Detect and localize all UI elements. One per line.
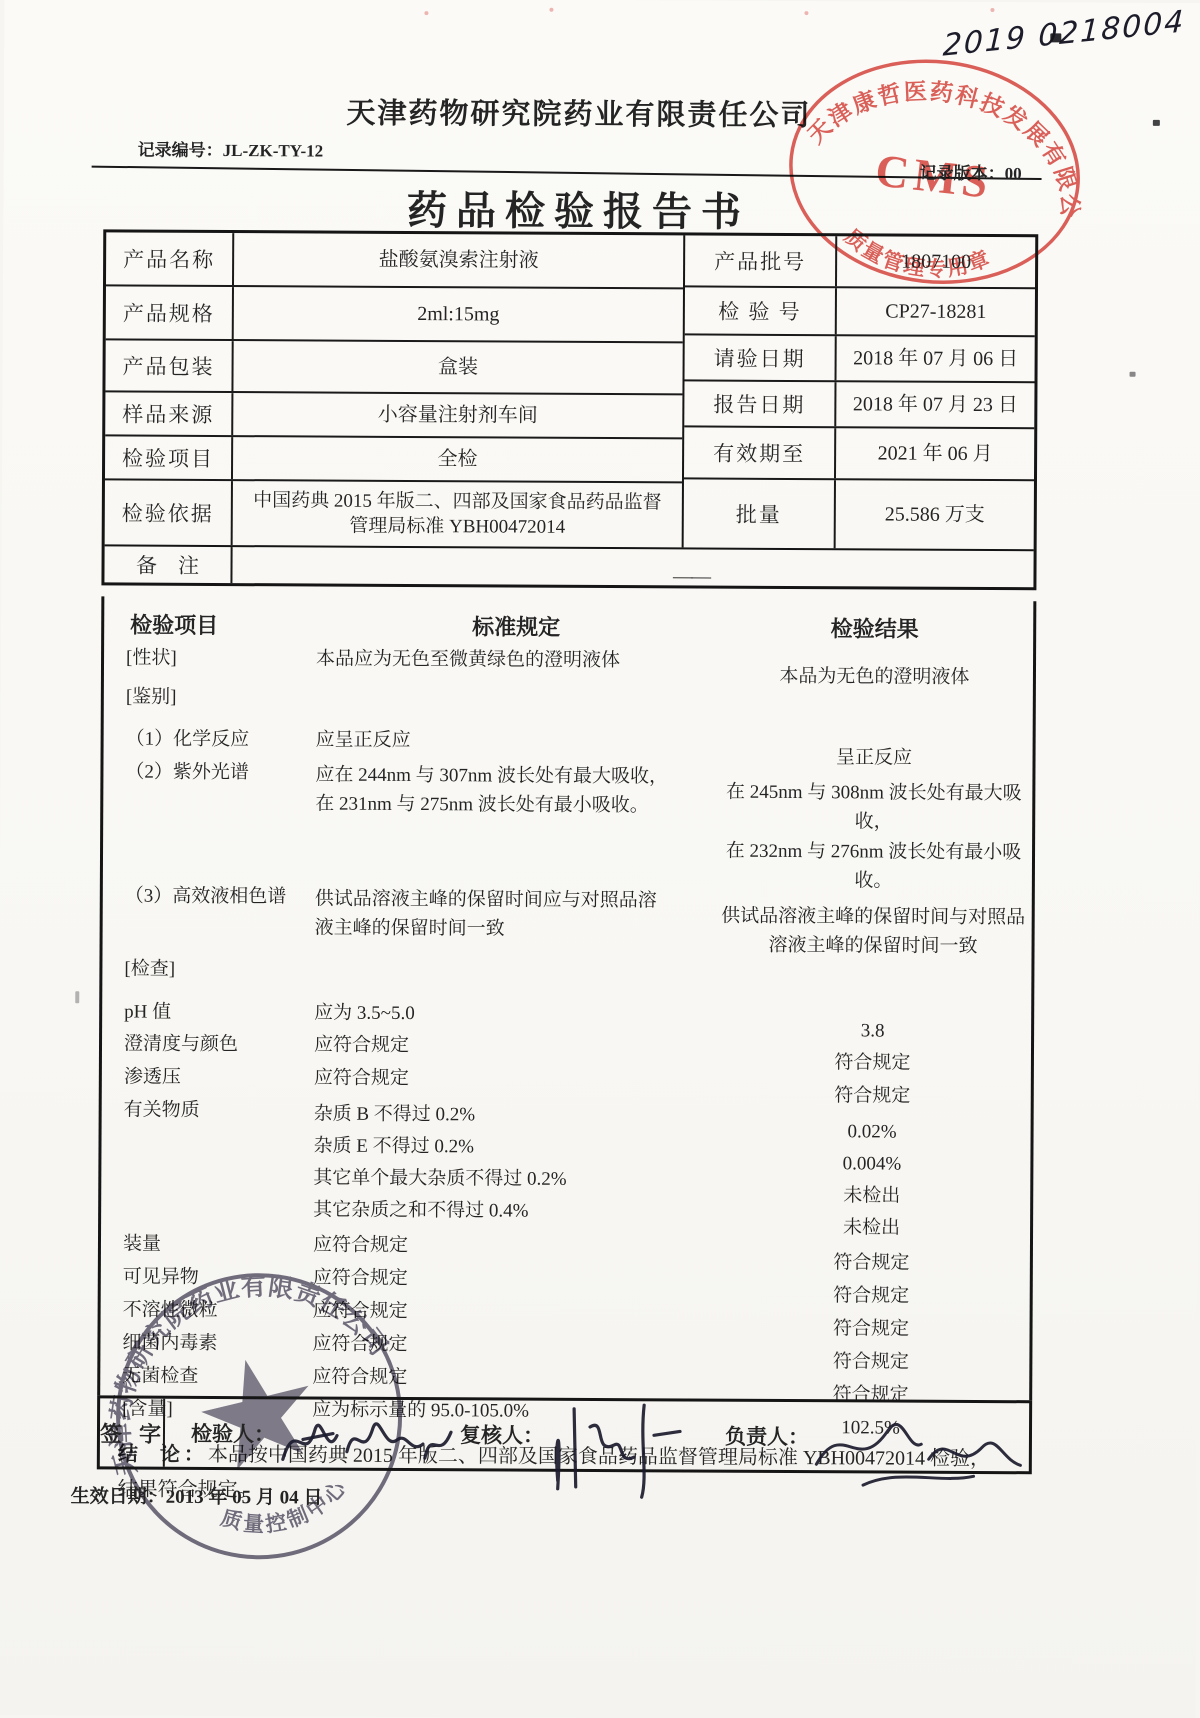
info-row-label: 检验依据	[105, 480, 233, 545]
result-row-result: 符合规定	[712, 1349, 1029, 1378]
result-row-standard: 应符合规定	[314, 1033, 714, 1062]
info-row-value: 中国药典 2015 年版二、四部及国家食品药品监督管理局标准 YBH004720…	[233, 481, 682, 547]
result-row-result: 0.02%0.004%未检出未检出	[713, 1116, 1031, 1245]
result-row-standard: 应符合规定	[312, 1331, 712, 1360]
scan-artifact	[1153, 120, 1160, 126]
record-version: 记录版本：00	[920, 159, 1022, 185]
result-row-result: 供试品溶液主峰的保留时间与对照品溶液主峰的保留时间一致	[714, 901, 1031, 962]
info-table-row: 产品批号 1807100	[685, 235, 1035, 289]
scan-artifact	[990, 8, 994, 12]
info-right-rows: 产品批号 1807100 检 验 号 CP27-18281 请验日期 2018 …	[682, 235, 1036, 549]
info-row-value: 盐酸氨溴索注射液	[234, 233, 683, 287]
info-table-row: 产品名称 盐酸氨溴索注射液	[106, 232, 683, 289]
info-row-value: CP27-18281	[837, 288, 1035, 335]
result-row-standard: 应呈正反应	[316, 727, 716, 756]
remark-dash: ——	[673, 566, 709, 589]
inspector-signature-area: 检验人：	[165, 1399, 460, 1469]
info-table-row: 产品规格 2ml:15mg	[106, 286, 683, 343]
info-row-value: 1807100	[837, 236, 1035, 287]
info-row-label: 产品名称	[106, 232, 234, 285]
result-row-standard: 应符合规定	[312, 1364, 712, 1393]
scan-artifact	[804, 11, 808, 15]
header-standard-column: 标准规定	[316, 610, 716, 643]
result-row-result	[714, 974, 1031, 1003]
inspector-label: 检验人：	[191, 1418, 275, 1448]
responsible-signature-area: 负责人：	[711, 1402, 1029, 1472]
result-row-standard	[316, 685, 716, 714]
info-row-label: 产品包装	[105, 340, 233, 391]
result-row-item: 有关物质	[101, 1098, 314, 1227]
test-results-section: 检验项目 标准规定 检验结果 [性状] 本品应为无色至微黄绿色的澄明液体 本品为…	[97, 596, 1036, 1400]
result-row-standard: 应在 244nm 与 307nm 波长处有最大吸收，在 231nm 与 275n…	[315, 760, 716, 880]
info-row-value: 2ml:15mg	[234, 287, 683, 341]
scanned-report-sheet: 2019 0218004 天津药物研究院药业有限责任公司 记录编号：JL-ZK-…	[0, 0, 1200, 1718]
info-table-row: 检验项目 全检	[105, 436, 682, 483]
effective-date-value: 2013 年 05 月 04 日	[166, 1487, 323, 1509]
info-row-value: 2018 年 07 月 23 日	[836, 382, 1034, 427]
effective-date: 生效日期：2013 年 05 月 04 日	[71, 1481, 323, 1509]
result-row-standard: 应符合规定	[313, 1233, 713, 1262]
info-table-row: 批量 25.586 万支	[684, 479, 1034, 549]
result-row-result: 本品为无色的澄明液体	[716, 664, 1033, 693]
record-number-value: JL-ZK-TY-12	[223, 141, 324, 161]
result-row-item: （2）紫外光谱	[103, 759, 316, 878]
result-row-standard: 应符合规定	[313, 1266, 713, 1295]
result-row-item: （1）化学反应	[104, 726, 316, 754]
scan-artifact	[75, 991, 79, 1003]
result-row-item: 可见异物	[101, 1264, 313, 1292]
result-row-item: 细菌内毒素	[100, 1330, 312, 1358]
info-table-row: 样品来源 小容量注射剂车间	[105, 392, 682, 439]
result-row-standard: 本品应为无色至微黄绿色的澄明液体	[316, 647, 716, 676]
inspector-signature	[275, 1403, 460, 1482]
info-row-value: 25.586 万支	[836, 480, 1034, 549]
result-row-result: 符合规定	[714, 1083, 1031, 1112]
reviewer-signature-area: 复核人：	[460, 1400, 711, 1469]
remark-row: 备 注 ——	[104, 544, 1033, 587]
result-row: [性状] 本品应为无色至微黄绿色的澄明液体 本品为无色的澄明液体	[104, 645, 1033, 677]
remark-label: 备 注	[104, 546, 232, 583]
result-row-item: 无菌检查	[100, 1363, 312, 1391]
result-row-item: [性状]	[104, 645, 316, 673]
info-row-label: 检 验 号	[685, 287, 837, 334]
remark-value-cell: ——	[232, 547, 1033, 587]
info-table-row: 有效期至 2021 年 06 月	[684, 427, 1034, 481]
info-left-rows: 产品名称 盐酸氨溴索注射液 产品规格 2ml:15mg 产品包装 盒装 样品来源…	[105, 232, 684, 547]
result-row-item: pH 值	[102, 999, 314, 1027]
signature-row: 签 字 检验人： 复核人： 负责人：	[97, 1395, 1032, 1474]
info-row-label: 产品批号	[685, 235, 837, 286]
result-row-item: 渗透压	[102, 1065, 314, 1093]
info-row-label: 有效期至	[684, 427, 836, 478]
product-info-table: 产品名称 盐酸氨溴索注射液 产品规格 2ml:15mg 产品包装 盒装 样品来源…	[101, 229, 1038, 590]
info-row-label: 请验日期	[685, 335, 837, 380]
info-table-row: 请验日期 2018 年 07 月 06 日	[685, 335, 1035, 383]
scan-artifact	[549, 8, 553, 12]
info-row-label: 检验项目	[105, 436, 233, 479]
company-name: 天津药物研究院药业有限责任公司	[4, 89, 1154, 136]
result-row-result	[716, 703, 1033, 732]
info-row-value: 小容量注射剂车间	[233, 393, 682, 437]
result-row: （2）紫外光谱 应在 244nm 与 307nm 波长处有最大吸收，在 231n…	[103, 759, 1033, 882]
scan-artifact	[424, 11, 428, 15]
result-row-result: 符合规定	[713, 1250, 1030, 1279]
info-table-row: 检 验 号 CP27-18281	[685, 287, 1035, 337]
result-row-item: 装量	[101, 1231, 313, 1259]
result-row-standard: 杂质 B 不得过 0.2%杂质 E 不得过 0.2%其它单个最大杂质不得过 0.…	[313, 1099, 714, 1229]
responsible-signature	[809, 1401, 1030, 1502]
result-row: pH 值 应为 3.5~5.0 3.8	[102, 999, 1031, 1031]
result-row-standard: 供试品溶液主峰的保留时间应与对照品溶液主峰的保留时间一致	[315, 884, 715, 945]
info-row-value: 盒装	[233, 341, 682, 393]
result-row-item: （3）高效液相色谱	[103, 883, 315, 943]
results-rows: [性状] 本品应为无色至微黄绿色的澄明液体 本品为无色的澄明液体 [鉴别] （1…	[100, 645, 1033, 1428]
info-row-label: 报告日期	[684, 381, 836, 426]
handwritten-archive-number: 2019 0218004	[942, 4, 1186, 63]
result-row-standard	[314, 957, 714, 986]
result-row-result: 符合规定	[713, 1283, 1030, 1312]
record-version-label: 记录版本：	[920, 164, 1005, 183]
result-row-item: [检查]	[102, 956, 314, 984]
info-row-label: 批量	[684, 479, 836, 548]
info-table-row: 报告日期 2018 年 07 月 23 日	[684, 381, 1034, 429]
header-item-column: 检验项目	[104, 608, 316, 640]
header-result-column: 检验结果	[716, 612, 1033, 645]
result-row-item: [鉴别]	[104, 684, 316, 712]
reviewer-signature	[544, 1393, 685, 1504]
result-row-result: 符合规定	[714, 1050, 1031, 1079]
result-row-result: 3.8	[714, 1017, 1031, 1046]
result-row-item: 不溶性微粒	[101, 1297, 313, 1325]
scan-artifact	[1130, 372, 1136, 377]
result-row-standard: 应符合规定	[314, 1066, 714, 1095]
info-table-row: 检验依据 中国药典 2015 年版二、四部及国家食品药品监督管理局标准 YBH0…	[105, 480, 682, 547]
result-row-result: 符合规定	[712, 1316, 1029, 1345]
effective-date-label: 生效日期：	[71, 1486, 166, 1507]
result-row-standard: 应为 3.5~5.0	[314, 1000, 714, 1029]
result-row: 有关物质 杂质 B 不得过 0.2%杂质 E 不得过 0.2%其它单个最大杂质不…	[101, 1098, 1031, 1230]
info-row-value: 2021 年 06 月	[836, 428, 1034, 479]
results-header: 检验项目 标准规定 检验结果	[104, 596, 1033, 644]
info-row-value: 2018 年 07 月 06 日	[837, 336, 1035, 381]
result-row-result: 在 245nm 与 308nm 波长处有最大吸收，在 232nm 与 276nm…	[715, 778, 1033, 897]
scan-artifact	[1050, 33, 1061, 42]
record-number: 记录编号：JL-ZK-TY-12	[138, 136, 324, 162]
signature-row-label: 签 字	[100, 1398, 165, 1466]
result-row-standard: 应符合规定	[313, 1298, 713, 1327]
result-row: （1）化学反应 应呈正反应 呈正反应	[104, 726, 1033, 758]
reviewer-label: 复核人：	[460, 1419, 544, 1449]
record-version-value: 00	[1005, 164, 1022, 183]
result-row-item: 澄清度与颜色	[102, 1032, 314, 1060]
info-row-label: 样品来源	[105, 392, 233, 435]
info-row-label: 产品规格	[106, 286, 234, 339]
info-row-value: 全检	[233, 437, 682, 481]
info-table-row: 产品包装 盒装	[105, 340, 682, 395]
result-row-result: 呈正反应	[715, 745, 1032, 774]
responsible-label: 负责人：	[725, 1421, 809, 1451]
record-number-label: 记录编号：	[138, 141, 223, 160]
